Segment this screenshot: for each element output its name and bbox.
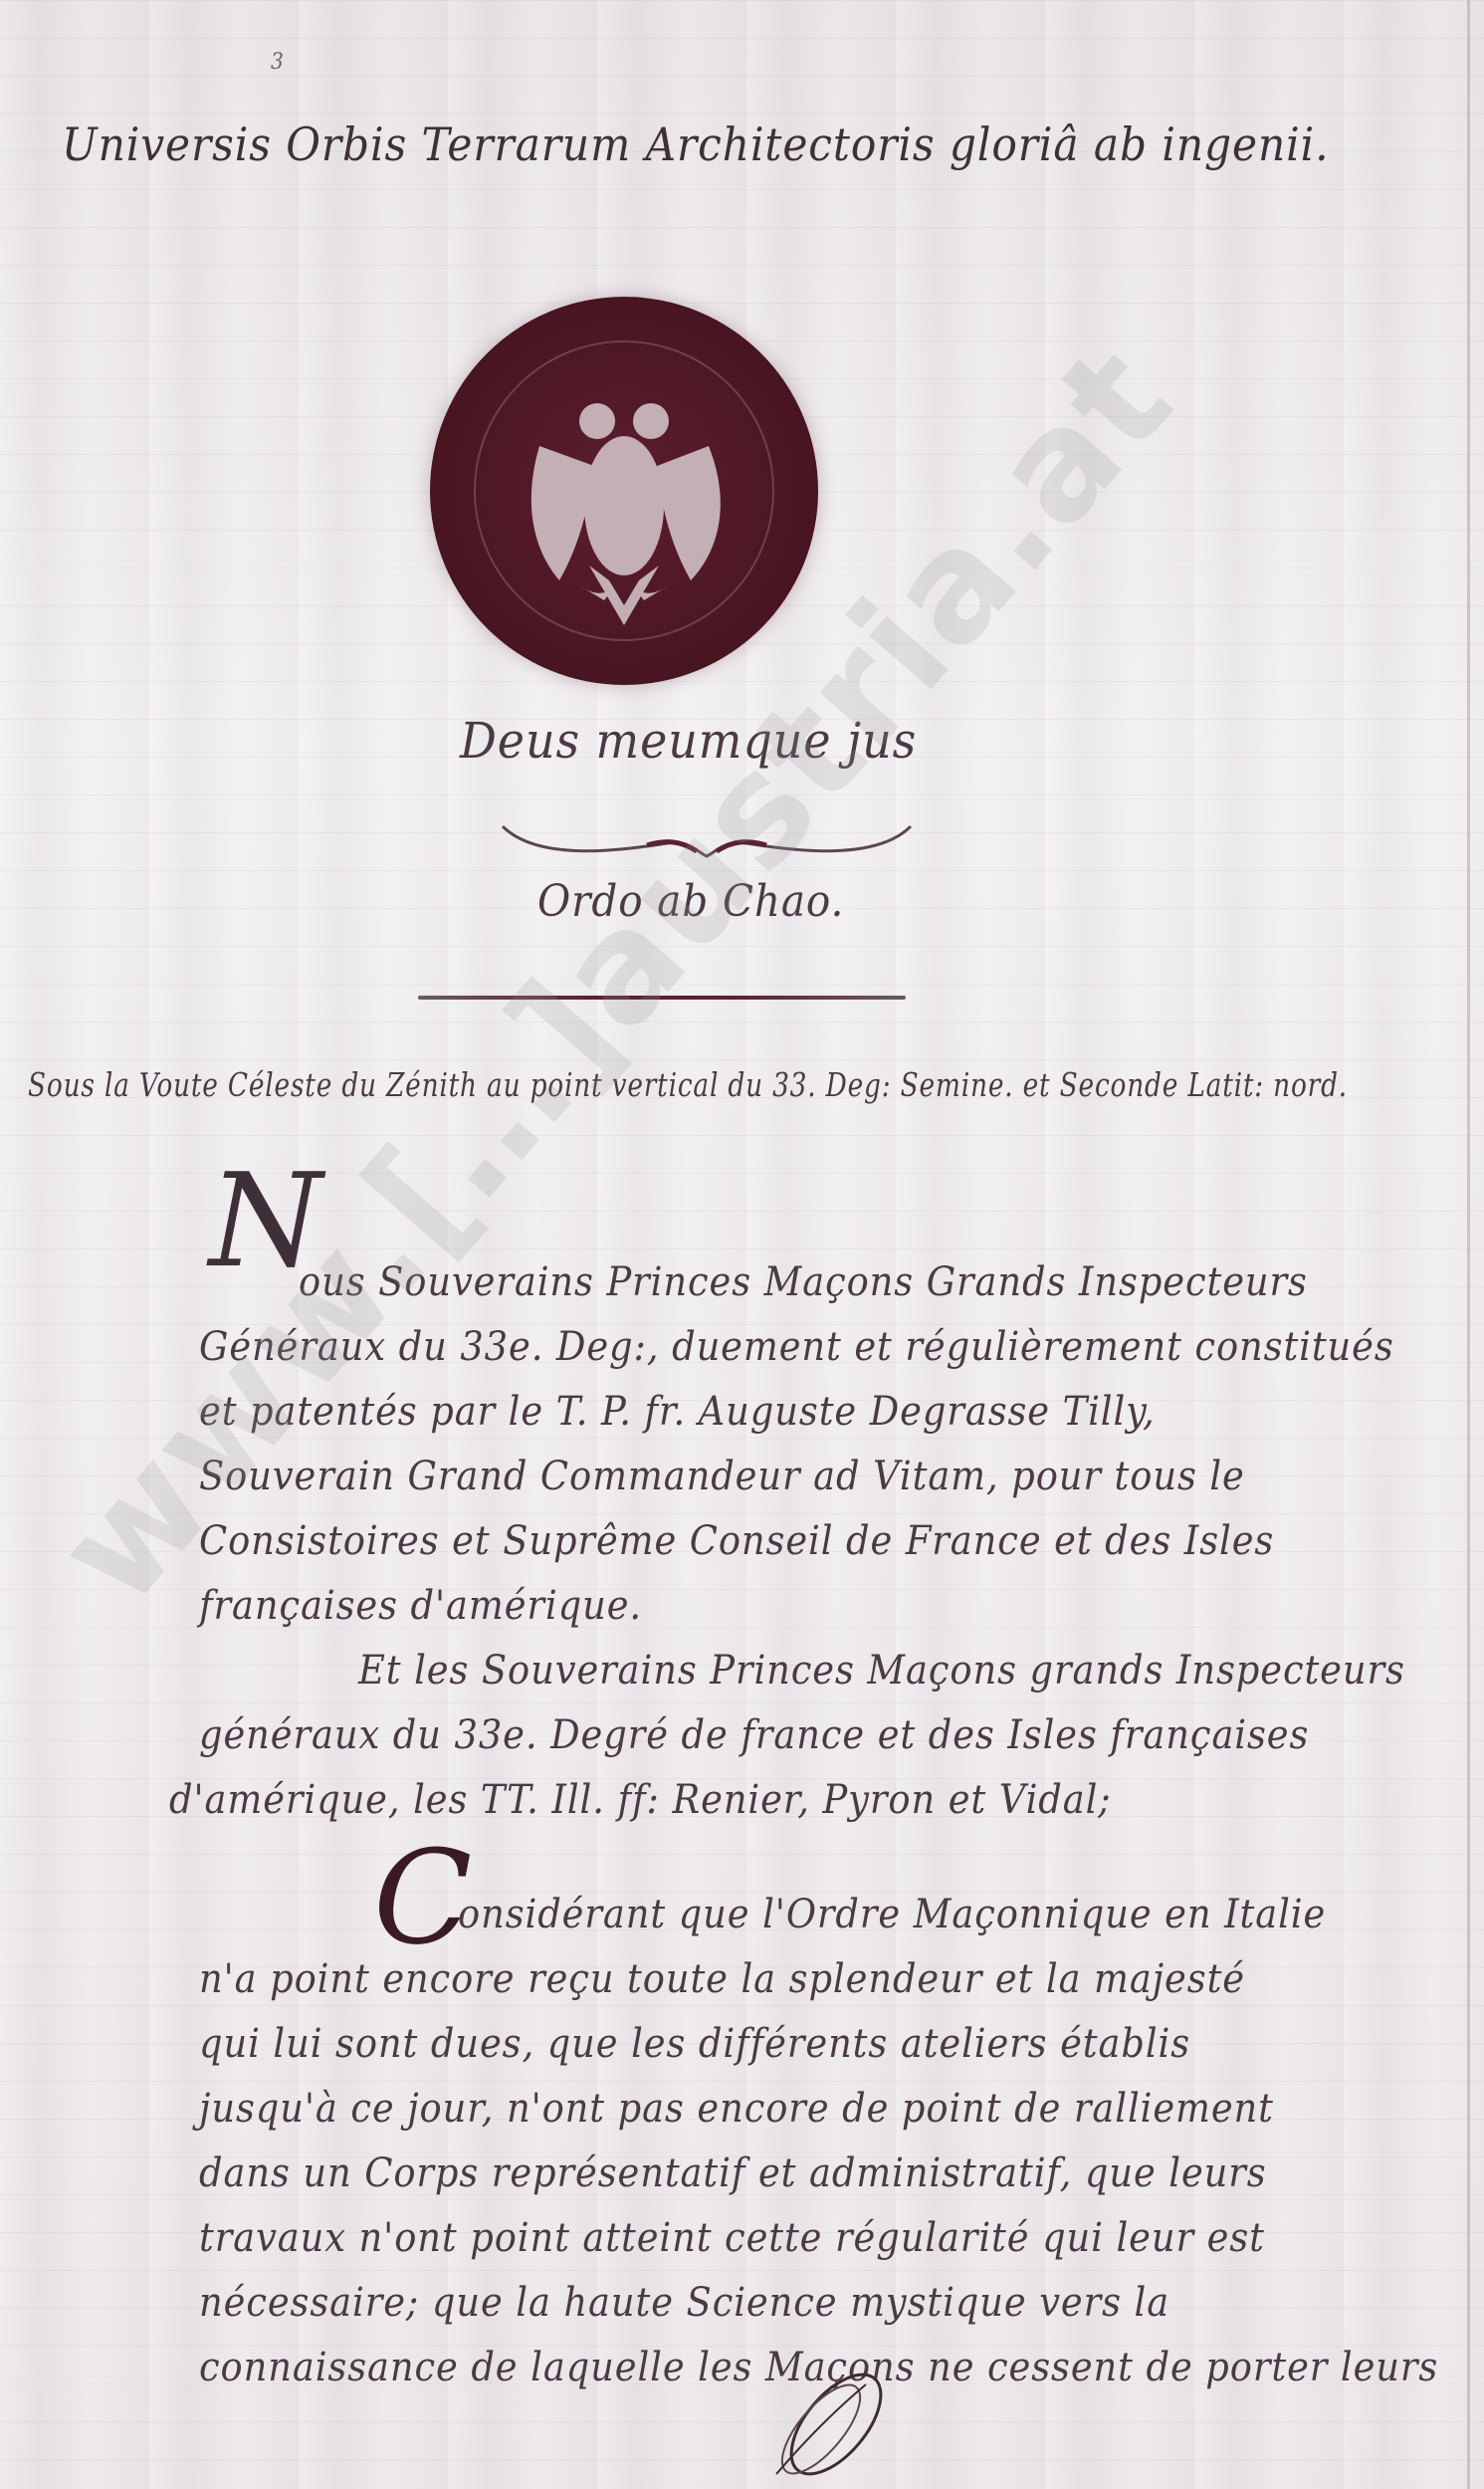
text-line: travaux n'ont point atteint cette régula… bbox=[199, 2215, 1265, 2261]
zenith-dateline: Sous la Voute Céleste du Zénith au point… bbox=[28, 1065, 1348, 1104]
catchword-flourish-icon bbox=[717, 2370, 946, 2479]
text-line: Souverain Grand Commandeur ad Vitam, pou… bbox=[199, 1454, 1245, 1499]
text-line: françaises d'amérique. bbox=[199, 1583, 642, 1629]
text-line: Et les Souverains Princes Maçons grands … bbox=[358, 1648, 1405, 1694]
text-line: n'a point encore reçu toute la splendeur… bbox=[199, 1956, 1245, 2002]
header-invocation: Universis Orbis Terrarum Architectoris g… bbox=[62, 117, 1329, 171]
text-line: onsidérant que l'Ordre Maçonnique en Ita… bbox=[458, 1892, 1326, 1937]
text-line: jusqu'à ce jour, n'ont pas encore de poi… bbox=[199, 2086, 1274, 2132]
double-headed-eagle-icon bbox=[430, 297, 818, 685]
seal-image bbox=[430, 297, 818, 685]
horizontal-rule bbox=[418, 996, 906, 1000]
text-line: ous Souverains Princes Maçons Grands Ins… bbox=[299, 1259, 1308, 1305]
text-line: et patentés par le T. P. fr. Auguste Deg… bbox=[199, 1389, 1156, 1435]
motto-deus-meumque-jus: Deus meumque jus bbox=[460, 712, 917, 770]
text-line: qui lui sont dues, que les différents at… bbox=[199, 2021, 1190, 2067]
flourish-divider-icon bbox=[498, 821, 916, 871]
top-mark: 3 bbox=[271, 50, 285, 75]
motto-ordo-ab-chao: Ordo ab Chao. bbox=[537, 876, 844, 927]
text-line: nécessaire; que la haute Science mystiqu… bbox=[199, 2280, 1169, 2326]
text-line: d'amérique, les TT. Ill. ff: Renier, Pyr… bbox=[169, 1777, 1112, 1823]
text-line: Généraux du 33e. Deg:, duement et réguli… bbox=[199, 1324, 1394, 1370]
text-line: généraux du 33e. Degré de france et des … bbox=[199, 1712, 1309, 1758]
text-line: Consistoires et Suprême Conseil de Franc… bbox=[199, 1518, 1274, 1564]
page-edge bbox=[1467, 0, 1470, 2489]
text-line: dans un Corps représentatif et administr… bbox=[199, 2150, 1267, 2196]
